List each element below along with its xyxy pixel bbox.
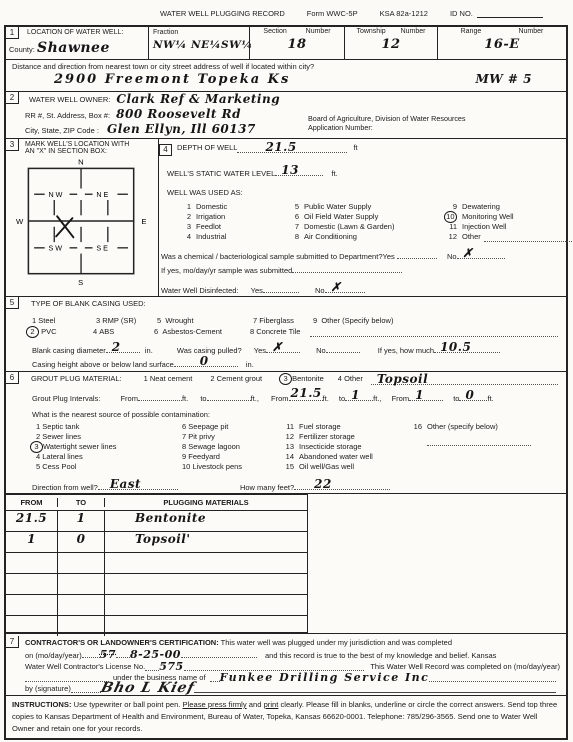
- range-number-label: Number: [518, 28, 543, 35]
- form-frame: 1 LOCATION OF WATER WELL: County: Shawne…: [4, 25, 568, 740]
- material-label: Bentonite: [292, 374, 324, 384]
- south-label: S: [78, 278, 83, 287]
- section-label: Section: [263, 28, 286, 35]
- contam-number: 5: [36, 462, 40, 472]
- contam-label: Lateral lines: [42, 452, 82, 462]
- township-label: Township: [356, 28, 385, 35]
- material-number: 1: [144, 374, 148, 384]
- no-label: No: [315, 286, 325, 295]
- dotted-line: [292, 263, 402, 273]
- from-header: FROM: [6, 498, 58, 507]
- ne-label: N E: [96, 191, 108, 199]
- plugging-table-row: FROM TO PLUGGING MATERIALS 21.5 1 Benton…: [6, 494, 566, 634]
- contam-number: 8: [182, 442, 186, 452]
- direction-label: Direction from well?: [32, 483, 98, 492]
- casing-label: Other (Specify below): [321, 316, 393, 326]
- contam-number: 14: [280, 452, 294, 462]
- section1-location-row: 1 LOCATION OF WATER WELL: County: Shawne…: [6, 27, 566, 60]
- contam-label: Seepage pit: [188, 422, 228, 432]
- material-label: Cement grout: [217, 374, 262, 384]
- interval3-from-value: 1: [415, 388, 424, 402]
- contamination-question: What is the nearest source of possible c…: [6, 410, 566, 419]
- contam-label: Fertilizer storage: [299, 432, 355, 442]
- contam-number: 12: [280, 432, 294, 442]
- se-label: S E: [96, 244, 108, 252]
- distance-value: 2900 Freemont Topeka Ks: [54, 72, 290, 87]
- contam-label: Livestock pens: [192, 462, 242, 472]
- feet-value: 22: [314, 477, 332, 491]
- dotted-line: [145, 661, 159, 671]
- agency-block: Board of Agriculture, Division of Water …: [308, 114, 518, 132]
- casing-label: ABS: [99, 327, 114, 337]
- casing-number-circled: 2: [26, 326, 39, 338]
- section3-title-line1: MARK WELL'S LOCATION WITH: [25, 141, 129, 148]
- id-no-blank-line: [477, 9, 543, 18]
- use-label: Feedlot: [196, 222, 221, 232]
- interval3-to-value: 0: [465, 388, 474, 402]
- city-label: City, State, ZIP Code :: [25, 126, 99, 135]
- contam-label: Feedyard: [188, 452, 220, 462]
- well-used-as-label: WELL WAS USED AS:: [167, 188, 573, 197]
- use-number: 4: [177, 232, 191, 242]
- from-label: From: [120, 394, 138, 403]
- direction-line: Direction from well?East How many feet?2…: [6, 480, 566, 492]
- how-many-feet-label: How many feet?: [240, 483, 294, 492]
- use-label: Oil Field Water Supply: [304, 212, 378, 222]
- use-label: Monitoring Well: [462, 212, 514, 222]
- distance-row: Distance and direction from nearest town…: [6, 60, 566, 91]
- contam-label: Pit privy: [188, 432, 215, 442]
- dotted-line: [138, 391, 182, 401]
- contam-number: 13: [280, 442, 294, 452]
- casing-diameter-value: 2: [112, 340, 121, 354]
- instructions-label: INSTRUCTIONS:: [12, 700, 71, 709]
- disinfected-no-x-mark: ✗: [331, 280, 342, 294]
- contam-number: 10: [182, 462, 190, 472]
- range-label: Range: [461, 28, 482, 35]
- after-date-text: and this record is true to the best of m…: [265, 651, 496, 660]
- table-row: [6, 615, 307, 636]
- section-value: 18: [250, 37, 344, 52]
- static-level-unit: ft.: [331, 169, 337, 178]
- yes-label: Yes: [383, 252, 395, 261]
- casing-label: Fiberglass: [259, 316, 294, 326]
- contam-number: 1: [36, 422, 40, 432]
- use-label: Dewatering: [462, 202, 500, 212]
- dotted-line: [82, 648, 100, 658]
- yes-label: Yes: [254, 346, 266, 355]
- contam-label: Oil well/Gas well: [299, 462, 354, 472]
- dotted-line: [71, 683, 101, 693]
- signature-value: Bho L Kief: [99, 683, 195, 694]
- dotted-line: [116, 648, 130, 658]
- application-number-label: Application Number:: [308, 123, 518, 132]
- yes-label: Yes: [251, 286, 263, 295]
- section3-number-box: 3: [6, 139, 19, 151]
- section3-diagram-cell: 3 MARK WELL'S LOCATION WITH AN "X" IN SE…: [6, 139, 159, 296]
- casing-label: Wrought: [165, 316, 193, 326]
- from-value: 21.5: [6, 511, 58, 531]
- section5-casing-row: 5 TYPE OF BLANK CASING USED: 1 Steel 3 R…: [6, 297, 566, 372]
- contam-label: Septic tank: [42, 422, 79, 432]
- use-number: 2: [177, 212, 191, 222]
- dotted-line: [263, 283, 299, 293]
- material-value: Bentonite: [105, 511, 307, 531]
- contam-label: Fuel storage: [299, 422, 341, 432]
- to-value: [58, 595, 105, 615]
- township-value: 12: [345, 37, 437, 52]
- pulled-yes-x-mark: ✗: [272, 340, 283, 354]
- use-number: 6: [285, 212, 299, 222]
- instructions-text-1: Use typewriter or ball point pen.: [74, 700, 183, 709]
- fraction-value: NW¼ NE¼SW¼: [153, 39, 245, 51]
- county-value: Shawnee: [37, 40, 110, 56]
- form-number: Form WWC-5P: [307, 9, 358, 18]
- certification-intro: This water well was plugged under my jur…: [221, 638, 452, 647]
- contam-number: 15: [280, 462, 294, 472]
- section1-number-box: 1: [6, 27, 19, 39]
- owner-title: WATER WELL OWNER:: [19, 92, 110, 104]
- contam-label: Other (specify below): [427, 422, 498, 432]
- casing-number: 9: [313, 316, 317, 326]
- dotted-line: [184, 661, 365, 671]
- contam-number: 11: [280, 422, 294, 432]
- instructions-text-mid: and: [247, 700, 264, 709]
- sample-date-question: If yes, mo/day/yr sample was submitted: [161, 266, 292, 275]
- no-label: No: [447, 252, 457, 261]
- ft-label: ft.: [487, 394, 493, 403]
- ft-label: ft.: [182, 394, 188, 403]
- dotted-line: [397, 249, 437, 259]
- ksa-number: KSA 82a-1212: [380, 9, 428, 18]
- owner-value: Clark Ref & Marketing: [116, 92, 280, 106]
- depth-label: DEPTH OF WELL: [177, 143, 237, 152]
- form-title: WATER WELL PLUGGING RECORD: [160, 9, 285, 18]
- section-number-cell: SectionNumber 18: [250, 27, 345, 59]
- section7-number-box: 7: [6, 636, 19, 648]
- section7-certification: 7 CONTRACTOR'S OR LANDOWNER'S CERTIFICAT…: [6, 634, 566, 696]
- dotted-line: [429, 672, 556, 682]
- distance-question: Distance and direction from nearest town…: [12, 62, 560, 71]
- material-label: Neat cement: [150, 374, 193, 384]
- depth-value: 21.5: [265, 140, 296, 154]
- plugging-table: FROM TO PLUGGING MATERIALS 21.5 1 Benton…: [6, 494, 308, 633]
- material-value: [105, 574, 307, 594]
- section2-number-box: 2: [6, 92, 19, 104]
- how-much-label: If yes, how much: [378, 346, 434, 355]
- casing-label: Asbestos-Cement: [162, 327, 222, 337]
- to-value: [58, 574, 105, 594]
- table-row: 1 0 Topsoil': [6, 531, 307, 552]
- contam-label: Watertight sewer lines: [43, 442, 117, 452]
- casing-label: RMP (SR): [102, 316, 136, 326]
- section3-title-line2: AN "X" IN SECTION BOX:: [25, 148, 129, 155]
- sample-no-x-mark: ✗: [463, 246, 474, 260]
- from-value: [6, 595, 58, 615]
- casing-number: 7: [253, 316, 257, 326]
- range-value: 16-E: [438, 37, 566, 52]
- use-number: 1: [177, 202, 191, 212]
- to-header: TO: [58, 498, 105, 507]
- contam-number: 16: [408, 422, 422, 432]
- section-box-diagram: N: [6, 155, 158, 289]
- use-label: Domestic (Lawn & Garden): [304, 222, 394, 232]
- casing-number: 1: [32, 316, 36, 326]
- table-row: 21.5 1 Bentonite: [6, 510, 307, 531]
- sample-question: Was a chemical / bacteriological sample …: [161, 252, 383, 261]
- use-label: Public Water Supply: [304, 202, 371, 212]
- scanned-form-page: WATER WELL PLUGGING RECORD Form WWC-5P K…: [0, 0, 573, 742]
- section4-number-box: 4: [159, 144, 172, 156]
- east-label: E: [141, 217, 146, 226]
- use-number: 8: [285, 232, 299, 242]
- from-label: From: [271, 394, 289, 403]
- to-value: 1: [58, 511, 105, 531]
- casing-number: 4: [93, 327, 97, 337]
- use-label: Industrial: [196, 232, 226, 242]
- sw-label: S W: [49, 244, 63, 252]
- to-value: 0: [58, 532, 105, 552]
- casing-diameter-label: Blank casing diameter: [32, 346, 106, 355]
- material-label: Other: [344, 374, 363, 384]
- section6-number-box: 6: [6, 372, 19, 384]
- use-number: 12: [443, 232, 457, 242]
- casing-number: 6: [154, 327, 158, 337]
- contam-label: Insecticide storage: [299, 442, 362, 452]
- section-number-label: Number: [306, 28, 331, 35]
- use-label: Other: [462, 232, 481, 242]
- materials-header: PLUGGING MATERIALS: [105, 498, 307, 507]
- interval2-to-value: 1: [351, 388, 360, 402]
- contam-label: Abandoned water well: [299, 452, 373, 462]
- casing-title: TYPE OF BLANK CASING USED:: [19, 297, 146, 308]
- fraction-label: Fraction: [153, 29, 245, 36]
- material-value: [105, 595, 307, 615]
- fraction-cell: Fraction NW¼ NE¼SW¼: [149, 27, 250, 59]
- township-cell: TownshipNumber 12: [345, 27, 438, 59]
- static-level-label: WELL'S STATIC WATER LEVEL: [167, 169, 275, 178]
- license-value: 575: [159, 661, 183, 672]
- from-value: [6, 616, 58, 636]
- form-header: WATER WELL PLUGGING RECORD Form WWC-5P K…: [0, 0, 573, 21]
- casing-number: 3: [96, 316, 100, 326]
- casing-number: 8: [250, 327, 254, 337]
- section4-cell: 4 DEPTH OF WELL 21.5 ft WELL'S STATIC WA…: [159, 139, 573, 296]
- casing-label: Steel: [38, 316, 55, 326]
- casing-types-row1: 1 Steel 3 RMP (SR) 5 Wrought 7 Fiberglas…: [6, 316, 566, 326]
- certification-title: CONTRACTOR'S OR LANDOWNER'S CERTIFICATIO…: [25, 638, 219, 647]
- use-number: 11: [443, 222, 457, 232]
- from-value: 1: [6, 532, 58, 552]
- grout-material-line: 6 GROUT PLUG MATERIAL: 1 Neat cement 2 C…: [6, 372, 566, 385]
- instructions-block: INSTRUCTIONS: Use typewriter or ball poi…: [6, 696, 566, 738]
- use-label: Domestic: [196, 202, 227, 212]
- depth-unit: ft: [353, 143, 357, 152]
- contam-label: Sewer lines: [42, 432, 81, 442]
- casing-types-row2: 2 PVC 4 ABS 6 Asbestos-Cement 8 Concrete…: [6, 327, 566, 337]
- interval2-from-value: 21.5: [291, 386, 322, 400]
- license-label: Water Well Contractor's License No.: [25, 661, 145, 672]
- material-number: 4: [338, 374, 342, 384]
- west-label: W: [16, 217, 24, 226]
- casing-label: PVC: [41, 327, 56, 337]
- contam-label: Sewage lagoon: [188, 442, 240, 452]
- table-row: [6, 594, 307, 615]
- township-number-label: Number: [401, 28, 426, 35]
- table-row: [6, 552, 307, 573]
- table-row: [6, 573, 307, 594]
- county-label: County:: [9, 45, 35, 54]
- disinfected-label: Water Well Disinfected:: [161, 286, 239, 295]
- to-value: [58, 616, 105, 636]
- well-location-x-mark: [56, 216, 73, 237]
- to-value: [58, 553, 105, 573]
- agency-name: Board of Agriculture, Division of Water …: [308, 114, 518, 123]
- well-uses-list: 1Domestic 2Irrigation 3Feedlot 4Industri…: [167, 202, 573, 242]
- no-label: No: [316, 346, 326, 355]
- casing-label: Concrete Tile: [256, 327, 300, 337]
- use-label: Irrigation: [196, 212, 225, 222]
- section1-title: LOCATION OF WATER WELL:: [19, 27, 123, 36]
- other-contam-dotted-line: [427, 436, 531, 446]
- dotted-line: [207, 391, 251, 401]
- section2-owner-row: 2 WATER WELL OWNER: Clark Ref & Marketin…: [6, 92, 566, 139]
- grout-title: GROUT PLUG MATERIAL:: [31, 372, 122, 383]
- contam-number: 7: [182, 432, 186, 442]
- address-label: RR #, St. Address, Box #:: [25, 111, 110, 120]
- section6-grout-row: 6 GROUT PLUG MATERIAL: 1 Neat cement 2 C…: [6, 372, 566, 494]
- address-value: 800 Roosevelt Rd: [116, 107, 241, 121]
- ft-label: ft.,: [373, 394, 381, 403]
- date-scratch: 57: [100, 648, 116, 661]
- range-cell: RangeNumber 16-E: [438, 27, 566, 59]
- business-name-value: Funkee Drilling Service Inc: [220, 672, 430, 683]
- section1-county-cell: 1 LOCATION OF WATER WELL: County: Shawne…: [6, 27, 149, 59]
- from-label: From: [392, 394, 410, 403]
- signature-label: by (signature): [25, 683, 71, 694]
- dotted-line: [181, 648, 257, 658]
- from-value: [6, 574, 58, 594]
- casing-pulled-label: Was casing pulled?: [177, 346, 242, 355]
- well-id-value: MW # 5: [475, 72, 532, 87]
- use-number: 3: [177, 222, 191, 232]
- height-unit: in.: [246, 360, 254, 369]
- north-label: N: [78, 157, 84, 166]
- intervals-label: Grout Plug Intervals:: [32, 394, 100, 403]
- nw-label: N W: [49, 191, 63, 199]
- use-label: Injection Well: [462, 222, 506, 232]
- how-much-value: 10.5: [440, 340, 471, 354]
- ft-label: ft.: [323, 394, 329, 403]
- dotted-line: [326, 343, 360, 353]
- city-value: Glen Ellyn, Ill 60137: [107, 122, 256, 136]
- material-value: [105, 616, 307, 636]
- other-material-value: Topsoil: [377, 372, 428, 386]
- contam-number: 9: [182, 452, 186, 462]
- instructions-underline-1: Please press firmly: [183, 700, 247, 709]
- dotted-line: [25, 672, 109, 682]
- casing-height-value: 0: [200, 354, 209, 368]
- instructions-underline-2: print: [264, 700, 279, 709]
- other-casing-dotted-line: [310, 327, 558, 337]
- direction-value: East: [110, 477, 141, 491]
- section5-number-box: 5: [6, 297, 19, 309]
- use-number: 7: [285, 222, 299, 232]
- casing-number: 5: [157, 316, 161, 326]
- dotted-line: [484, 232, 573, 242]
- section3-4-row: 3 MARK WELL'S LOCATION WITH AN "X" IN SE…: [6, 139, 566, 297]
- completed-date-label: on (mo/day/year): [25, 651, 82, 660]
- material-value: Topsoil': [105, 532, 307, 552]
- use-label: Air Conditioning: [304, 232, 357, 242]
- signature-underline: [194, 683, 556, 693]
- contam-label: Cess Pool: [42, 462, 76, 472]
- contam-number: 4: [36, 452, 40, 462]
- diameter-unit: in.: [145, 346, 153, 355]
- static-level-value: 13: [281, 163, 299, 177]
- grout-intervals-line: Grout Plug Intervals: Fromft. toft., Fro…: [6, 391, 566, 403]
- material-number: 2: [210, 374, 214, 384]
- contam-number: 6: [182, 422, 186, 432]
- from-value: [6, 553, 58, 573]
- plugging-table-header: FROM TO PLUGGING MATERIALS: [6, 495, 307, 510]
- material-value: [105, 553, 307, 573]
- contamination-list: 1 Septic tank 2 Sewer lines 3Watertight …: [6, 422, 566, 472]
- ft-label: ft.,: [251, 394, 259, 403]
- dotted-line: [210, 672, 220, 682]
- use-number: 5: [285, 202, 299, 212]
- casing-height-label: Casing height above or below land surfac…: [32, 360, 174, 369]
- id-no-label: ID NO.: [450, 9, 473, 18]
- material-number-circled: 3: [279, 373, 292, 385]
